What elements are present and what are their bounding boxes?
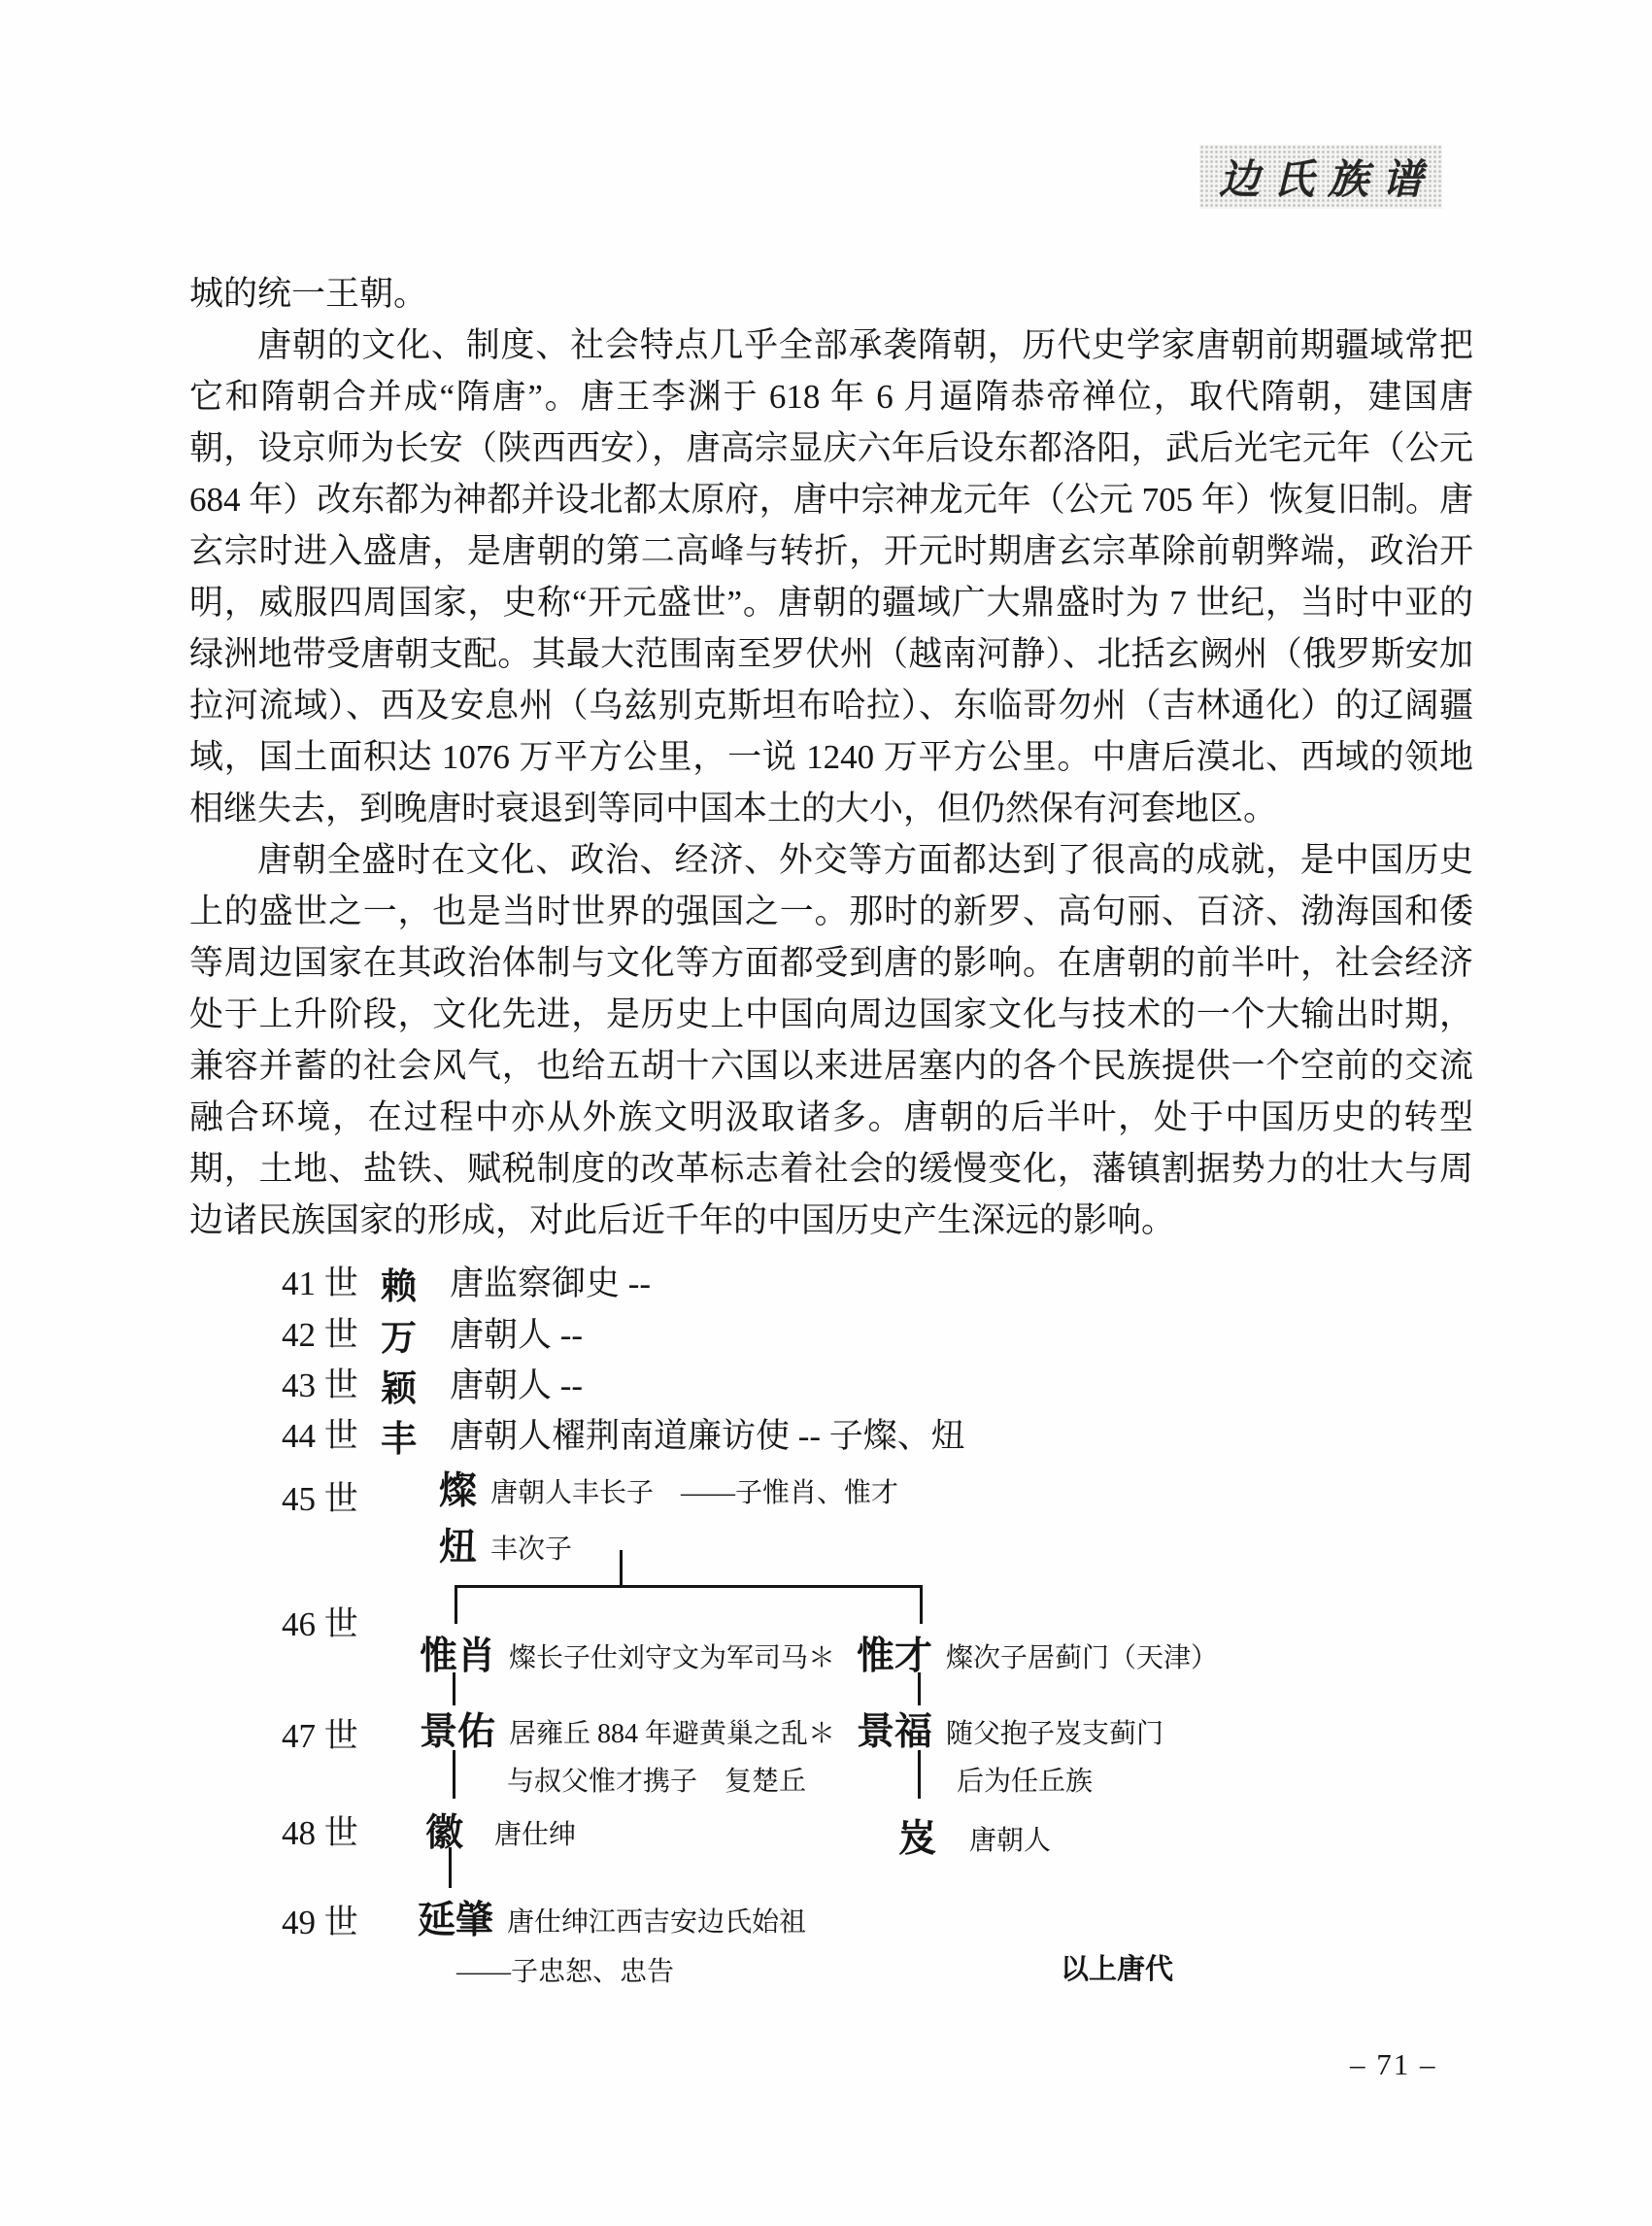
tree-connector-left <box>453 1750 455 1799</box>
tree-node-weicai: 惟才燦次子居蓟门（天津） <box>857 1626 1218 1680</box>
ancestor-name: 燦 <box>439 1470 477 1512</box>
tree-connector-bracket <box>455 1585 923 1588</box>
tree-connector-right <box>918 1750 921 1799</box>
ancestor-name: 万 <box>381 1308 417 1361</box>
scanned-book-page: 边氏族谱 城的统一王朝。 唐朝的文化、制度、社会特点几乎全部承袭隋朝，历代史学家… <box>0 0 1652 2226</box>
ancestor-note: 唐朝人 -- <box>450 1308 583 1357</box>
generation-label-47: 47 世 <box>282 1709 358 1758</box>
ancestor-name: 延肇 <box>418 1900 493 1941</box>
paragraph-tang-influence: 唐朝全盛时在文化、政治、经济、外交等方面都达到了很高的成就，是中国历史上的盛世之… <box>189 834 1473 1246</box>
page-number: – 71 – <box>1350 2047 1437 2082</box>
tree-node-jingfu: 景福随父抱子岌支蓟门 <box>857 1702 1163 1756</box>
tree-connector-bracket-left <box>455 1585 457 1624</box>
ancestor-name: 惟肖 <box>420 1636 495 1677</box>
tree-connector-right <box>918 1672 921 1705</box>
genealogy-row-41: 41 世 赖 唐监察御史 -- <box>0 1257 1652 1307</box>
ancestor-note: 随父抱子岌支蓟门 <box>946 1719 1163 1749</box>
tree-connector-stub <box>620 1550 623 1587</box>
ancestor-name: 岌 <box>898 1818 936 1860</box>
ancestor-name: 景福 <box>857 1711 932 1753</box>
generation-label: 44 世 <box>282 1409 358 1458</box>
genealogy-row-43: 43 世 颖 唐朝人 -- <box>0 1359 1652 1409</box>
tree-node-ji: 岌唐朝人 <box>898 1808 1051 1863</box>
tree-node-weixiao: 惟肖燦长子仕刘守文为军司马＊ <box>420 1626 835 1680</box>
book-title: 边氏族谱 <box>1205 148 1436 206</box>
tree-connector-left <box>449 1847 452 1888</box>
ancestor-name: 丰 <box>381 1409 417 1462</box>
ancestor-note: 唐朝人 -- <box>450 1359 583 1407</box>
ancestor-name: 颖 <box>381 1359 417 1411</box>
ancestor-name: 惟才 <box>857 1636 932 1677</box>
ancestor-note-line2: 与叔父惟才携子 复楚丘 <box>507 1760 806 1799</box>
generation-label-45: 45 世 <box>282 1472 358 1521</box>
ancestor-name: 景佑 <box>420 1711 495 1753</box>
generation-label-46: 46 世 <box>282 1598 358 1646</box>
ancestor-note: 丰次子 <box>490 1535 572 1565</box>
ancestor-note: 唐监察御史 -- <box>450 1257 651 1305</box>
tree-node-yanzhao: 延肇唐仕绅江西吉安边氏始祖 <box>418 1890 806 1944</box>
tree-node-niu: 炄丰次子 <box>439 1517 572 1571</box>
ancestor-name: 赖 <box>381 1257 417 1309</box>
ancestor-note: 唐仕绅江西吉安边氏始祖 <box>507 1907 806 1938</box>
ancestor-note: 燦次子居蓟门（天津） <box>946 1643 1218 1673</box>
generation-label-49: 49 世 <box>282 1896 358 1944</box>
genealogy-row-42: 42 世 万 唐朝人 -- <box>0 1308 1652 1359</box>
generation-label: 42 世 <box>282 1308 358 1357</box>
paragraph-continuation: 城的统一王朝。 <box>189 268 1473 320</box>
generation-label: 43 世 <box>282 1359 358 1407</box>
tree-connector-left <box>453 1672 455 1705</box>
generation-label-48: 48 世 <box>282 1806 358 1855</box>
era-note: 以上唐代 <box>1061 1947 1173 1987</box>
paragraph-tang-overview: 唐朝的文化、制度、社会特点几乎全部承袭隋朝，历代史学家唐朝前期疆域常把它和隋朝合… <box>189 320 1473 834</box>
ancestor-note: 唐仕绅 <box>494 1820 576 1850</box>
ancestor-note: 唐朝人櫂荆南道廉访使 -- 子燦、炄 <box>450 1409 965 1458</box>
header-badge: 边氏族谱 <box>1199 145 1442 209</box>
tree-connector-bracket-right <box>920 1585 923 1624</box>
ancestor-note: 燦长子仕刘守文为军司马＊ <box>509 1643 835 1673</box>
generation-label: 41 世 <box>282 1257 358 1305</box>
ancestor-note-line2: 后为任丘族 <box>957 1760 1093 1799</box>
tree-node-can: 燦唐朝人丰长子 ——子惟肖、惟才 <box>439 1461 898 1515</box>
ancestor-note: 唐朝人丰长子 ——子惟肖、惟才 <box>490 1478 898 1508</box>
tree-node-jingyou: 景佑居雍丘 884 年避黄巢之乱＊ <box>420 1702 835 1756</box>
genealogy-row-44: 44 世 丰 唐朝人櫂荆南道廉访使 -- 子燦、炄 <box>0 1409 1652 1460</box>
ancestor-name: 徽 <box>425 1812 463 1854</box>
ancestor-sons-note: ——子忠恕、忠告 <box>456 1950 674 1989</box>
body-text: 城的统一王朝。 唐朝的文化、制度、社会特点几乎全部承袭隋朝，历代史学家唐朝前期疆… <box>189 268 1473 1246</box>
ancestor-note: 唐朝人 <box>969 1826 1051 1856</box>
ancestor-note: 居雍丘 884 年避黄巢之乱＊ <box>509 1719 835 1749</box>
ancestor-name: 炄 <box>439 1527 477 1568</box>
